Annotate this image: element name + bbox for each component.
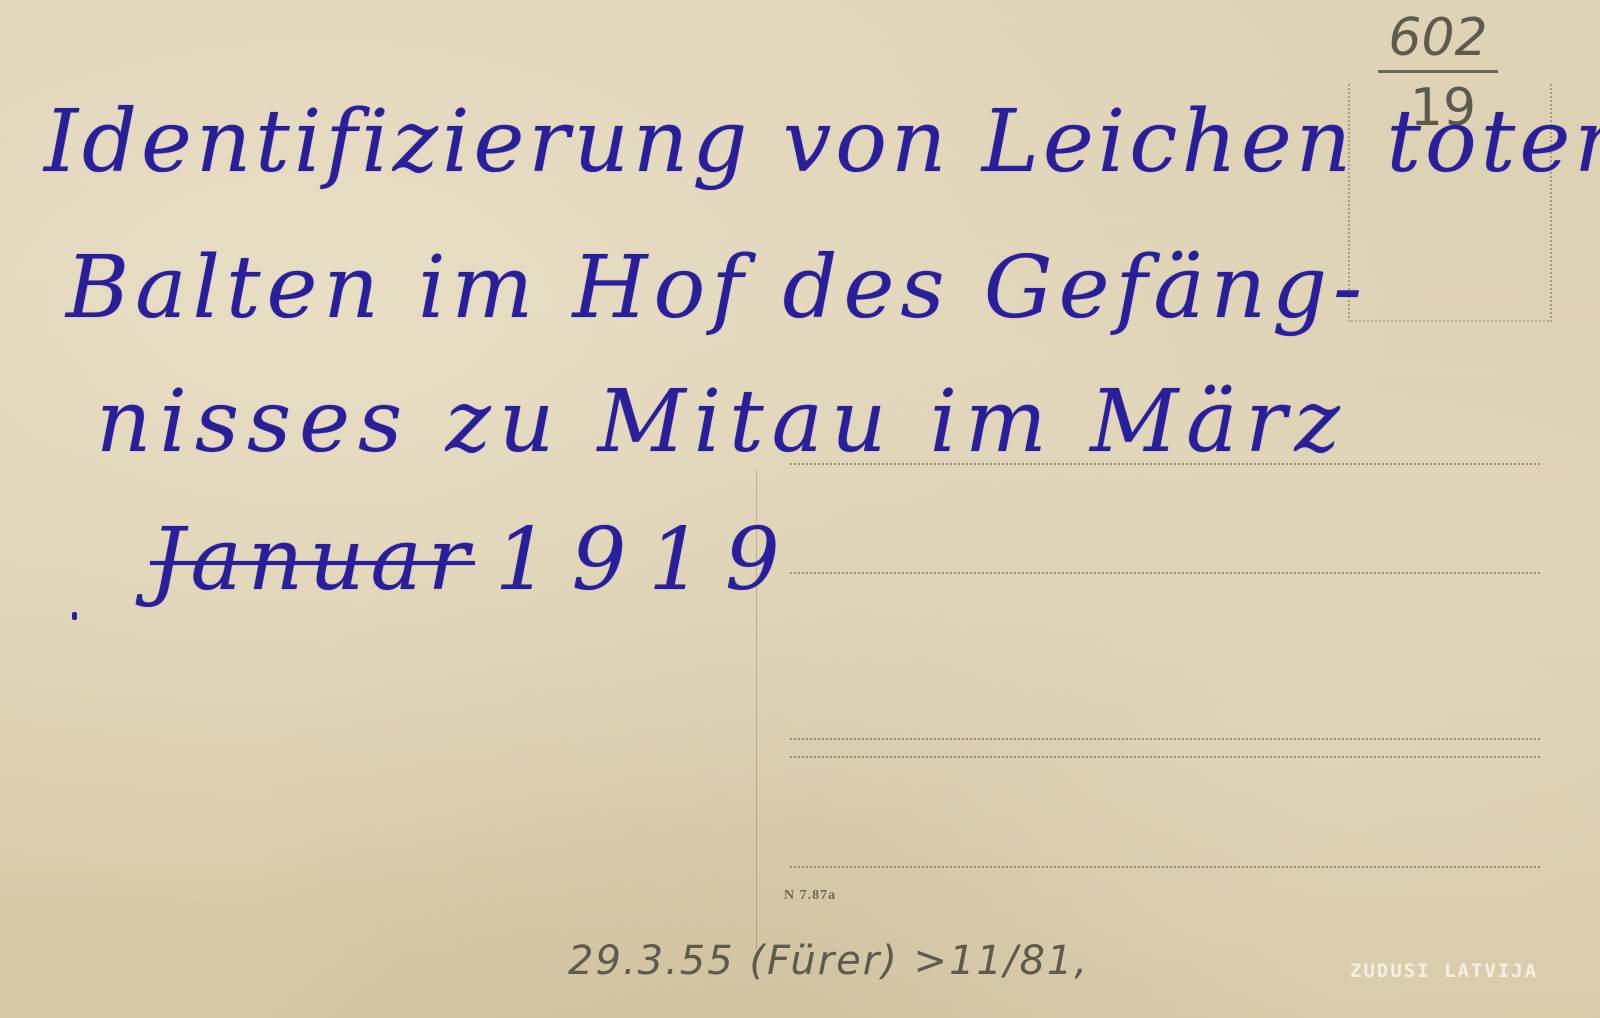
address-line-2 (790, 572, 1540, 574)
handwritten-line-4: Januar1919 (150, 510, 802, 610)
plate-code: N 7.87a (784, 888, 836, 904)
handwritten-line-1: Identifizierung von Leichen toter (44, 92, 1600, 192)
address-line-5 (790, 866, 1540, 868)
ink-dot-mark (72, 612, 77, 620)
archive-number-numerator: 602 (1378, 6, 1498, 73)
watermark-logo: ZUDUSI LATVIJA (1350, 960, 1538, 982)
struck-out-word: Januar (150, 510, 475, 610)
address-line-3 (790, 738, 1540, 740)
pencil-note: 29.3.55 (Fürer) >11/81, (568, 938, 1089, 984)
handwritten-year: 1919 (495, 510, 802, 610)
postcard-back: N 7.87a 602 19 Identifizierung von Leich… (0, 0, 1600, 1018)
handwritten-line-2: Balten im Hof des Gefäng- (66, 238, 1368, 338)
address-line-4 (790, 756, 1540, 758)
handwritten-line-3: nisses zu Mitau im März (96, 372, 1348, 472)
